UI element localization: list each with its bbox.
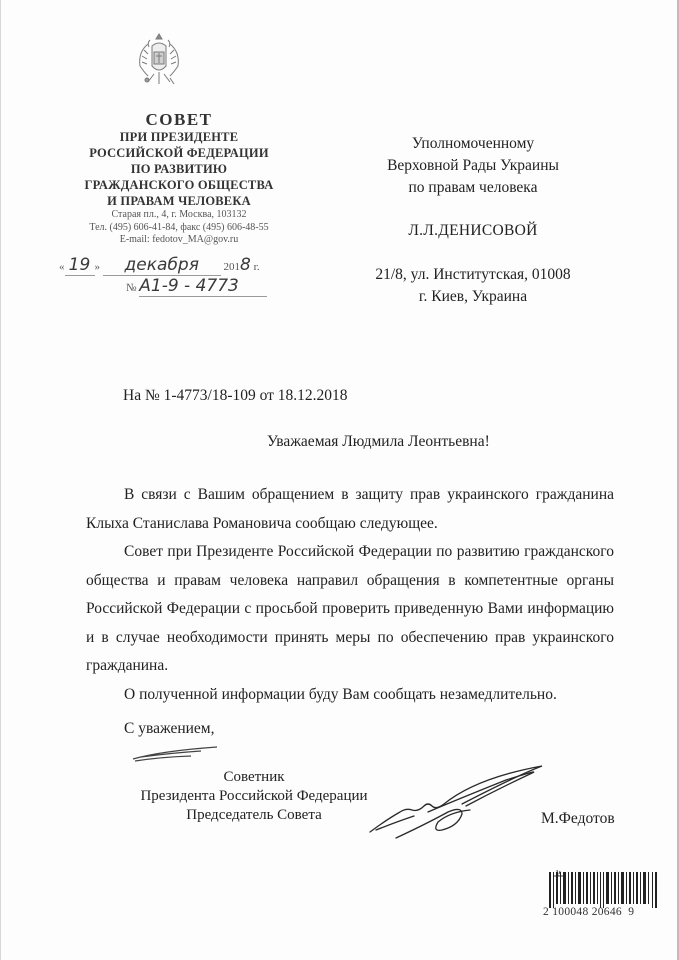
body-paragraph: О полученной информации буду Вам сообщат… [86, 681, 614, 710]
contact-info: Старая пл., 4, г. Москва, 103132 Тел. (4… [61, 209, 297, 247]
reference-number: На № 1-4773/18-109 от 18.12.2018 [123, 387, 348, 405]
contact-phone: Тел. (495) 606-41-84, факс (495) 606-48-… [61, 222, 297, 235]
recipient-line: Уполномоченному [341, 133, 605, 155]
body-paragraph: В связи с Вашим обращением в защиту прав… [86, 481, 614, 538]
org-line: ГРАЖДАНСКОГО ОБЩЕСТВА [61, 177, 297, 193]
org-line: И ПРАВАМ ЧЕЛОВЕКА [61, 193, 297, 209]
org-line: ПО РАЗВИТИЮ [61, 161, 297, 177]
barcode-logo-icon [552, 864, 566, 872]
initials-mark-icon [131, 743, 221, 768]
barcode [549, 872, 661, 908]
contact-address: Старая пл., 4, г. Москва, 103132 [61, 209, 297, 222]
letter-date: «19» декабря 2018 г. [59, 255, 289, 277]
signer-title-line: Председатель Совета [129, 806, 379, 825]
closing: С уважением, [124, 720, 215, 738]
org-line: РОССИЙСКОЙ ФЕДЕРАЦИИ [61, 145, 297, 161]
recipient-line: Верховной Рады Украины [341, 155, 605, 177]
recipient-line: по правам человека [341, 177, 605, 199]
number-value: А1-9 - 4773 [139, 276, 267, 297]
letter-body: В связи с Вашим обращением в защиту прав… [86, 481, 614, 709]
letter-page: СОВЕТ ПРИ ПРЕЗИДЕНТЕ РОССИЙСКОЙ ФЕДЕРАЦИ… [0, 0, 679, 960]
signer-title-line: Советник [129, 768, 379, 787]
recipient-address-city: г. Киев, Украина [341, 286, 605, 308]
coat-of-arms-icon [134, 30, 184, 90]
recipient-address-street: 21/8, ул. Институтская, 01008 [341, 264, 605, 286]
outgoing-number: № А1-9 - 4773 [126, 276, 286, 298]
number-label: № [126, 282, 137, 294]
org-line: ПРИ ПРЕЗИДЕНТЕ [61, 129, 297, 145]
date-year-abbr: г. [254, 261, 260, 273]
contact-email: E-mail: fedotov_MA@gov.ru [61, 234, 297, 247]
date-month: декабря [103, 255, 221, 276]
signer-title-line: Президента Российской Федерации [129, 787, 379, 806]
date-year-prefix: 201 [224, 261, 241, 273]
signature-icon [366, 760, 546, 845]
signer-name: М.Федотов [541, 810, 615, 828]
date-close-quote: » [95, 261, 101, 273]
salutation: Уважаемая Людмила Леонтьевна! [267, 433, 490, 451]
organization-name: СОВЕТ ПРИ ПРЕЗИДЕНТЕ РОССИЙСКОЙ ФЕДЕРАЦИ… [61, 110, 297, 209]
date-day: 19 [65, 255, 95, 276]
date-year-suffix: 8 [240, 255, 251, 275]
recipient-name: Л.Л.ДЕНИСОВОЙ [341, 220, 605, 242]
recipient-block: Уполномоченному Верховной Рады Украины п… [341, 133, 605, 308]
barcode-number: 2 100048 20646 9 [543, 906, 634, 918]
body-paragraph: Совет при Президенте Российской Федераци… [86, 538, 614, 681]
org-title: СОВЕТ [61, 110, 297, 129]
signer-title: Советник Президента Российской Федерации… [129, 768, 379, 825]
